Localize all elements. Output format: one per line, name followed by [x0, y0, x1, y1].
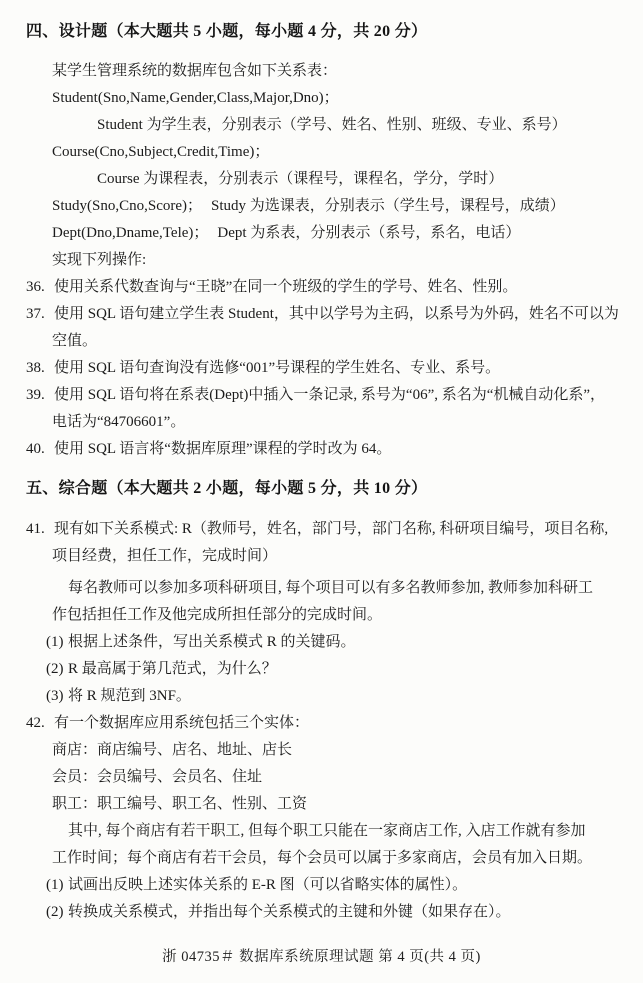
schema-dept-code: Dept(Dno,Dname,Tele)；: [52, 225, 208, 241]
question-42-paragraph-continuation: 工作时间；每个商店有若干会员，每个会员可以属于多家商店，会员有加入日期。: [0, 845, 643, 872]
question-41-sub-3: (3) 将 R 规范到 3NF。: [0, 683, 643, 710]
question-37-continuation: 空值。: [0, 328, 643, 355]
question-41: 41. 现有如下关系模式: R（教师号，姓名，部门号，部门名称, 科研项目编号，…: [0, 516, 643, 543]
question-40-number: 40.: [26, 436, 54, 463]
question-39-continuation: 电话为“84706601”。: [0, 409, 643, 436]
entity-shop: 商店：商店编号、店名、地址、店长: [0, 737, 643, 764]
page-footer: 浙 04735＃ 数据库系统原理试题 第 4 页(共 4 页): [0, 944, 643, 971]
schema-course-desc: Course 为课程表，分别表示（课程号，课程名，学分，学时）: [0, 166, 643, 193]
schema-study-desc: Study 为选课表，分别表示（学生号，课程号，成绩）: [211, 198, 565, 214]
question-41-continuation: 项目经费，担任工作，完成时间）: [0, 543, 643, 570]
question-42-sub-1: (1) 试画出反映上述实体关系的 E-R 图（可以省略实体的属性）。: [0, 872, 643, 899]
ops-intro: 实现下列操作:: [0, 247, 643, 274]
section4-heading: 四、设计题（本大题共 5 小题，每小题 4 分，共 20 分）: [0, 18, 643, 45]
entity-staff: 职工：职工编号、职工名、性别、工资: [0, 791, 643, 818]
question-42-number: 42.: [26, 710, 54, 737]
question-39-text: 使用 SQL 语句将在系表(Dept)中插入一条记录, 系号为“06”, 系名为…: [54, 382, 643, 409]
entity-member: 会员：会员编号、会员名、住址: [0, 764, 643, 791]
question-39: 39. 使用 SQL 语句将在系表(Dept)中插入一条记录, 系号为“06”,…: [0, 382, 643, 409]
question-41-sub-2-text: R 最高属于第几范式，为什么？: [68, 656, 643, 683]
question-41-paragraph-continuation: 作包括担任工作及他完成所担任部分的完成时间。: [0, 602, 643, 629]
question-42: 42. 有一个数据库应用系统包括三个实体：: [0, 710, 643, 737]
question-42-sub-1-text: 试画出反映上述实体关系的 E-R 图（可以省略实体的属性）。: [68, 872, 643, 899]
question-41-sub-2: (2) R 最高属于第几范式，为什么？: [0, 656, 643, 683]
question-41-sub-2-marker: (2): [46, 656, 68, 683]
schema-study-line: Study(Sno,Cno,Score)；Study 为选课表，分别表示（学生号…: [0, 193, 643, 220]
question-36-number: 36.: [26, 274, 54, 301]
schema-course-code: Course(Cno,Subject,Credit,Time)；: [0, 139, 643, 166]
question-36: 36. 使用关系代数查询与“王晓”在同一个班级的学生的学号、姓名、性别。: [0, 274, 643, 301]
question-40: 40. 使用 SQL 语言将“数据库原理”课程的学时改为 64。: [0, 436, 643, 463]
schema-study-code: Study(Sno,Cno,Score)；: [52, 198, 202, 214]
question-36-text: 使用关系代数查询与“王晓”在同一个班级的学生的学号、姓名、性别。: [54, 274, 643, 301]
question-40-text: 使用 SQL 语言将“数据库原理”课程的学时改为 64。: [54, 436, 643, 463]
question-41-sub-3-marker: (3): [46, 683, 68, 710]
section5-heading: 五、综合题（本大题共 2 小题，每小题 5 分，共 10 分）: [0, 475, 643, 502]
question-41-number: 41.: [26, 516, 54, 543]
question-39-number: 39.: [26, 382, 54, 409]
question-41-sub-1-text: 根据上述条件，写出关系模式 R 的关键码。: [68, 629, 643, 656]
question-41-sub-1: (1) 根据上述条件，写出关系模式 R 的关键码。: [0, 629, 643, 656]
question-37: 37. 使用 SQL 语句建立学生表 Student，其中以学号为主码，以系号为…: [0, 301, 643, 328]
question-41-text: 现有如下关系模式: R（教师号，姓名，部门号，部门名称, 科研项目编号，项目名称…: [54, 516, 643, 543]
question-38-text: 使用 SQL 语句查询没有选修“001”号课程的学生姓名、专业、系号。: [54, 355, 643, 382]
question-38: 38. 使用 SQL 语句查询没有选修“001”号课程的学生姓名、专业、系号。: [0, 355, 643, 382]
schema-dept-line: Dept(Dno,Dname,Tele)；Dept 为系表，分别表示（系号，系名…: [0, 220, 643, 247]
question-42-text: 有一个数据库应用系统包括三个实体：: [54, 710, 643, 737]
schema-intro: 某学生管理系统的数据库包含如下关系表：: [0, 58, 643, 85]
schema-student-desc: Student 为学生表，分别表示（学号、姓名、性别、班级、专业、系号）: [0, 112, 643, 139]
question-41-sub-3-text: 将 R 规范到 3NF。: [68, 683, 643, 710]
question-38-number: 38.: [26, 355, 54, 382]
schema-student-code: Student(Sno,Name,Gender,Class,Major,Dno)…: [0, 85, 643, 112]
schema-dept-desc: Dept 为系表，分别表示（系号，系名，电话）: [217, 225, 520, 241]
question-42-sub-1-marker: (1): [46, 872, 68, 899]
question-37-text: 使用 SQL 语句建立学生表 Student，其中以学号为主码，以系号为外码，姓…: [54, 301, 643, 328]
question-37-number: 37.: [26, 301, 54, 328]
question-41-sub-1-marker: (1): [46, 629, 68, 656]
question-42-sub-2: (2) 转换成关系模式，并指出每个关系模式的主键和外键（如果存在）。: [0, 899, 643, 926]
question-41-paragraph: 每名教师可以参加多项科研项目, 每个项目可以有多名教师参加, 教师参加科研工: [0, 575, 643, 602]
question-42-sub-2-text: 转换成关系模式，并指出每个关系模式的主键和外键（如果存在）。: [68, 899, 643, 926]
question-42-paragraph: 其中, 每个商店有若干职工, 但每个职工只能在一家商店工作, 入店工作就有参加: [0, 818, 643, 845]
exam-page: 四、设计题（本大题共 5 小题，每小题 4 分，共 20 分） 某学生管理系统的…: [0, 0, 643, 983]
question-42-sub-2-marker: (2): [46, 899, 68, 926]
